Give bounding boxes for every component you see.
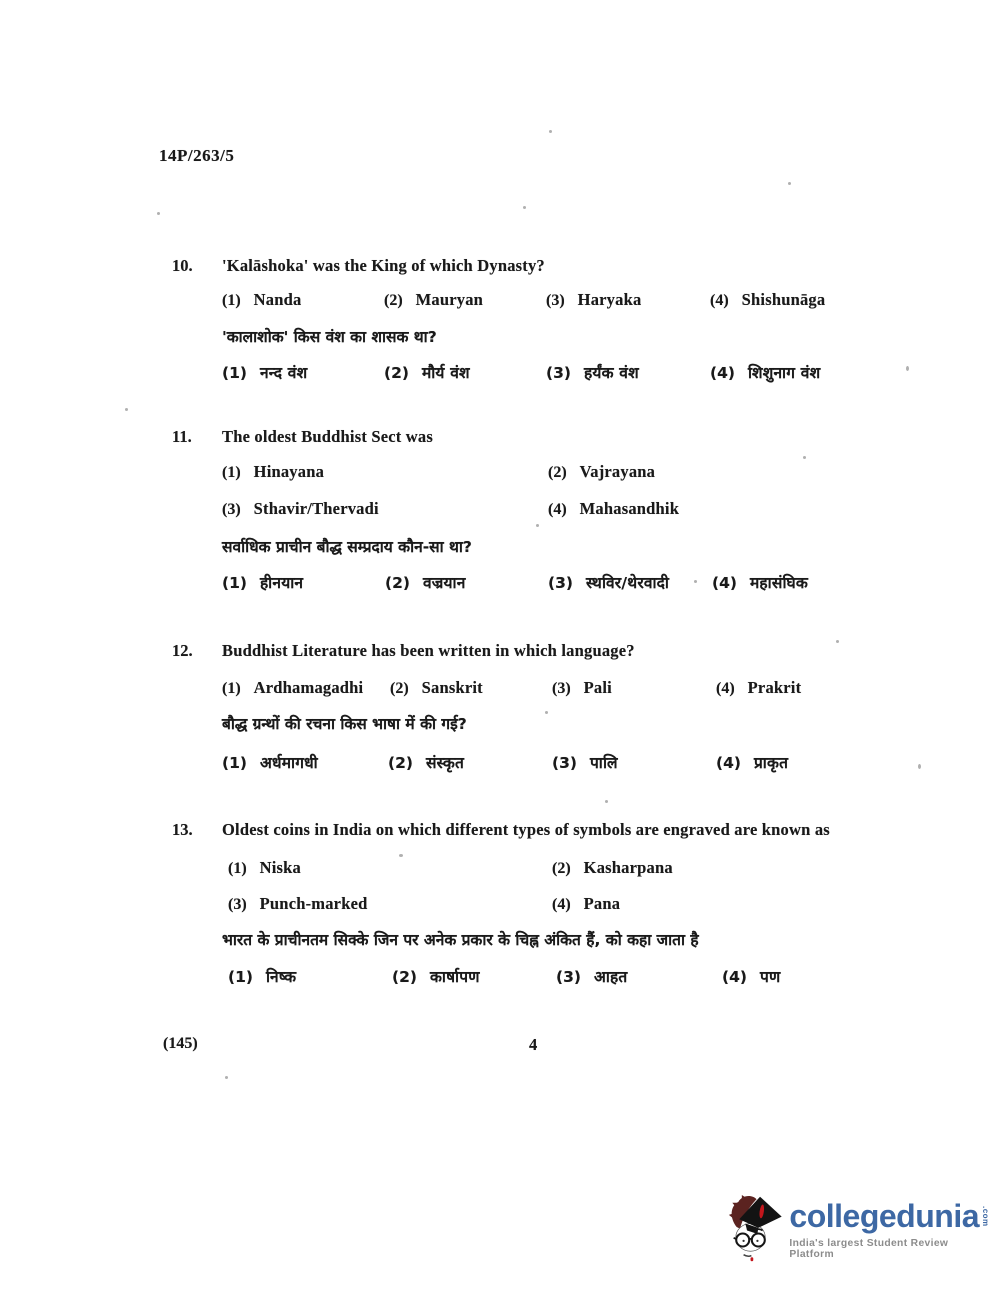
option: (4) Mahasandhik xyxy=(548,499,679,519)
option: (1) Niska xyxy=(228,858,552,878)
option-number: (1) xyxy=(222,364,247,382)
option: (4) महासंघिक xyxy=(712,571,808,593)
question-text-en: 'Kalāshoka' was the King of which Dynast… xyxy=(222,256,545,276)
paper-code: 14P/263/5 xyxy=(159,146,234,166)
option: (3) आहत xyxy=(556,965,722,987)
scan-speck xyxy=(694,580,697,583)
option-label: संस्कृत xyxy=(426,751,464,773)
option: (2) Mauryan xyxy=(384,290,546,310)
option: (1) निष्क xyxy=(228,965,392,987)
question-11-options-en-row2: (3) Sthavir/Thervadi (4) Mahasandhik xyxy=(222,499,679,519)
option-number: (4) xyxy=(710,292,729,310)
scan-speck xyxy=(125,408,128,411)
option: (1) Ardhamagadhi xyxy=(222,678,390,698)
scan-speck xyxy=(836,640,839,643)
option-number: (2) xyxy=(388,754,413,772)
option-label: कार्षापण xyxy=(430,965,480,987)
question-13-options-hi: (1) निष्क (2) कार्षापण (3) आहत (4) पण xyxy=(228,965,780,987)
option-number: (2) xyxy=(384,292,403,310)
option: (1) अर्धमागधी xyxy=(222,751,388,773)
option-number: (3) xyxy=(546,364,571,382)
question-text-hi: बौद्ध ग्रन्थों की रचना किस भाषा में की ग… xyxy=(222,712,467,734)
option-label: निष्क xyxy=(266,965,296,987)
option-number: (1) xyxy=(222,680,241,698)
booklet-ref: (145) xyxy=(163,1035,198,1053)
option: (3) Haryaka xyxy=(546,290,710,310)
scanned-exam-page: 14P/263/5 10. 'Kalāshoka' was the King o… xyxy=(0,0,993,1303)
option: (1) Hinayana xyxy=(222,462,548,482)
option-label: Mauryan xyxy=(416,290,483,310)
option: (2) संस्कृत xyxy=(388,751,552,773)
option-label: Niska xyxy=(260,858,301,878)
option: (4) पण xyxy=(722,965,780,987)
option-label: पण xyxy=(760,965,780,987)
question-text-en: Buddhist Literature has been written in … xyxy=(222,641,635,661)
question-12-options-hi: (1) अर्धमागधी (2) संस्कृत (3) पालि (4) प… xyxy=(222,751,788,773)
question-number: 11. xyxy=(172,427,222,447)
option-label: शिशुनाग वंश xyxy=(748,361,820,383)
question-text-en: Oldest coins in India on which different… xyxy=(222,820,830,840)
option: (3) हर्यंक वंश xyxy=(546,361,710,383)
scan-speck xyxy=(803,456,806,459)
option: (4) Shishunāga xyxy=(710,290,825,310)
question-number: 12. xyxy=(172,641,222,661)
brand-tagline: India's largest Student Review Platform xyxy=(789,1238,990,1260)
option-number: (4) xyxy=(552,896,571,914)
scan-speck xyxy=(918,764,921,769)
scan-speck xyxy=(225,1076,228,1079)
option-label: आहत xyxy=(594,965,628,987)
option-number: (2) xyxy=(392,968,417,986)
question-text-en: The oldest Buddhist Sect was xyxy=(222,427,433,447)
scan-speck xyxy=(536,524,539,527)
option: (2) कार्षापण xyxy=(392,965,556,987)
option: (1) नन्द वंश xyxy=(222,361,384,383)
option: (4) Prakrit xyxy=(716,678,801,698)
question-11-options-en-row1: (1) Hinayana (2) Vajrayana xyxy=(222,462,655,482)
option: (4) शिशुनाग वंश xyxy=(710,361,820,383)
scan-speck xyxy=(523,206,526,209)
option-label: महासंघिक xyxy=(750,571,808,593)
question-10-options-hi: (1) नन्द वंश (2) मौर्य वंश (3) हर्यंक वं… xyxy=(222,361,820,383)
option-number: (2) xyxy=(384,364,409,382)
question-13-options-en-row1: (1) Niska (2) Kasharpana xyxy=(228,858,673,878)
question-11-options-hi: (1) हीनयान (2) वज्रयान (3) स्थविर/थेरवाद… xyxy=(222,571,808,593)
option-label: नन्द वंश xyxy=(260,361,307,383)
question-12-options-en: (1) Ardhamagadhi (2) Sanskrit (3) Pali (… xyxy=(222,678,801,698)
option-number: (3) xyxy=(556,968,581,986)
option: (2) Kasharpana xyxy=(552,858,673,878)
option-label: Haryaka xyxy=(578,290,642,310)
page-number: 4 xyxy=(529,1035,537,1055)
option-label: Sanskrit xyxy=(422,678,483,698)
option: (3) स्थविर/थेरवादी xyxy=(548,571,712,593)
option-number: (1) xyxy=(228,860,247,878)
question-10: 10. 'Kalāshoka' was the King of which Dy… xyxy=(172,256,545,276)
option: (2) मौर्य वंश xyxy=(384,361,546,383)
option-number: (4) xyxy=(716,754,741,772)
option-number: (2) xyxy=(390,680,409,698)
option-label: प्राकृत xyxy=(754,751,788,773)
option-number: (1) xyxy=(228,968,253,986)
option-number: (1) xyxy=(222,754,247,772)
option: (2) वज्रयान xyxy=(385,571,548,593)
graduate-mascot-icon xyxy=(728,1184,783,1270)
option: (1) Nanda xyxy=(222,290,384,310)
scan-speck xyxy=(157,212,160,215)
question-13-options-en-row2: (3) Punch-marked (4) Pana xyxy=(228,894,620,914)
option: (3) Sthavir/Thervadi xyxy=(222,499,548,519)
option-label: Shishunāga xyxy=(742,290,826,310)
brand-name: collegedunia xyxy=(789,1200,979,1232)
scan-speck xyxy=(399,854,403,857)
option-number: (1) xyxy=(222,292,241,310)
option-label: Pali xyxy=(584,678,612,698)
scan-speck xyxy=(605,800,608,803)
brand-tld: .com xyxy=(981,1206,990,1227)
question-text-hi: 'कालाशोक' किस वंश का शासक था? xyxy=(222,325,437,347)
option-label: हीनयान xyxy=(260,571,303,593)
option: (2) Sanskrit xyxy=(390,678,552,698)
option-number: (4) xyxy=(712,574,737,592)
option: (4) प्राकृत xyxy=(716,751,788,773)
option-label: Nanda xyxy=(254,290,302,310)
option: (3) Pali xyxy=(552,678,716,698)
option-label: हर्यंक वंश xyxy=(584,361,639,383)
option-number: (1) xyxy=(222,464,241,482)
option-number: (3) xyxy=(228,896,247,914)
option-label: Ardhamagadhi xyxy=(254,678,364,698)
scan-speck xyxy=(549,130,552,133)
scan-speck xyxy=(906,366,909,371)
option: (3) पालि xyxy=(552,751,716,773)
option-label: Sthavir/Thervadi xyxy=(254,499,379,519)
question-number: 10. xyxy=(172,256,222,276)
question-number: 13. xyxy=(172,820,222,840)
option-number: (3) xyxy=(546,292,565,310)
option-label: Punch-marked xyxy=(260,894,368,914)
option: (4) Pana xyxy=(552,894,620,914)
option: (3) Punch-marked xyxy=(228,894,552,914)
collegedunia-logo: collegedunia .com India's largest Studen… xyxy=(728,1184,990,1272)
option-label: Kasharpana xyxy=(584,858,673,878)
scan-speck xyxy=(545,711,548,714)
option-label: स्थविर/थेरवादी xyxy=(586,571,669,593)
question-10-options-en: (1) Nanda (2) Mauryan (3) Haryaka (4) Sh… xyxy=(222,290,825,310)
option-label: मौर्य वंश xyxy=(422,361,470,383)
option-label: Pana xyxy=(584,894,621,914)
question-text-hi: सर्वाधिक प्राचीन बौद्ध सम्प्रदाय कौन-सा … xyxy=(222,535,472,557)
option-number: (3) xyxy=(222,501,241,519)
option-label: Vajrayana xyxy=(580,462,655,482)
option: (1) हीनयान xyxy=(222,571,385,593)
option-number: (4) xyxy=(710,364,735,382)
option: (2) Vajrayana xyxy=(548,462,655,482)
question-12: 12. Buddhist Literature has been written… xyxy=(172,641,635,661)
option-number: (3) xyxy=(552,680,571,698)
option-number: (2) xyxy=(385,574,410,592)
option-number: (3) xyxy=(548,574,573,592)
option-number: (2) xyxy=(552,860,571,878)
option-number: (4) xyxy=(548,501,567,519)
option-number: (1) xyxy=(222,574,247,592)
option-number: (4) xyxy=(722,968,747,986)
option-label: Prakrit xyxy=(748,678,802,698)
option-number: (3) xyxy=(552,754,577,772)
option-label: पालि xyxy=(590,751,618,773)
scan-speck xyxy=(788,182,791,185)
question-11: 11. The oldest Buddhist Sect was xyxy=(172,427,433,447)
option-label: Mahasandhik xyxy=(580,499,679,519)
option-label: वज्रयान xyxy=(423,571,466,593)
option-label: Hinayana xyxy=(254,462,324,482)
question-text-hi: भारत के प्राचीनतम सिक्के जिन पर अनेक प्र… xyxy=(222,928,699,950)
option-number: (4) xyxy=(716,680,735,698)
question-13: 13. Oldest coins in India on which diffe… xyxy=(172,820,830,840)
option-number: (2) xyxy=(548,464,567,482)
option-label: अर्धमागधी xyxy=(260,751,318,773)
